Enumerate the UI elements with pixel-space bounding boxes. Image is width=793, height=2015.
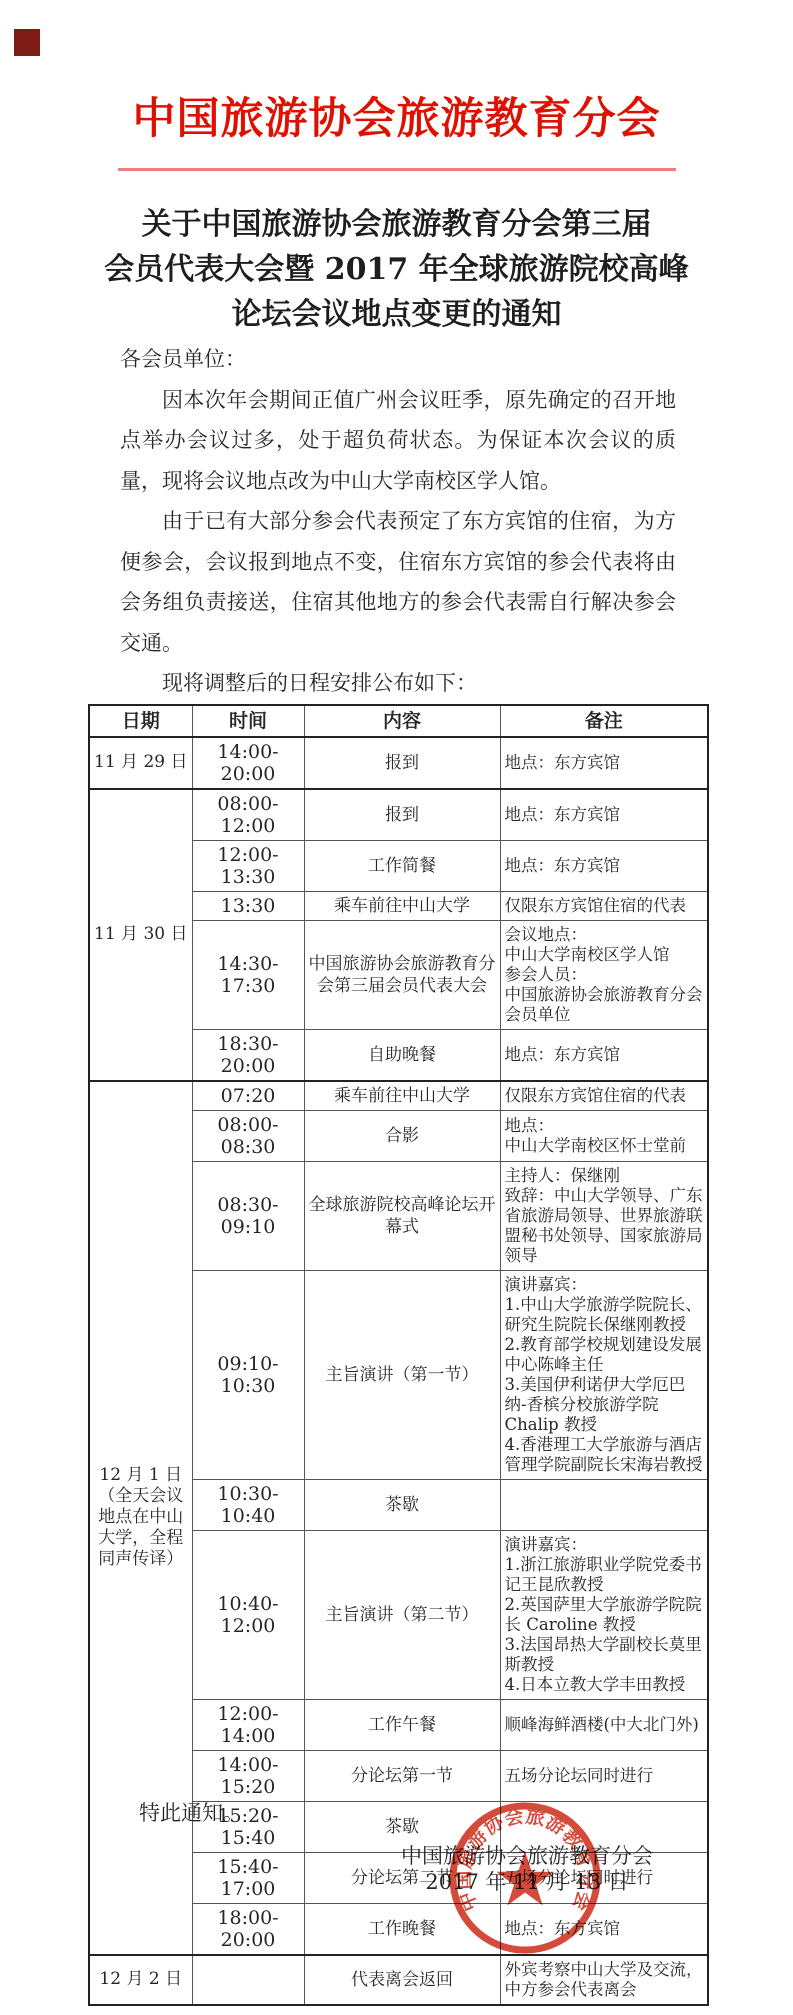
official-seal: 中国旅游协会旅游教育分会 [446, 1799, 604, 1957]
document-title: 关于中国旅游协会旅游教育分会第三届 会员代表大会暨 2017 年全球旅游院校高峰… [0, 202, 793, 337]
content-cell: 报到 [304, 789, 500, 841]
date-cell: 11 月 29 日 [89, 737, 192, 789]
time-cell: 10:40-12:00 [192, 1530, 304, 1699]
corner-mark [14, 29, 40, 56]
remark-cell: 外宾考察中山大学及交流，中方参会代表离会 [500, 1955, 708, 2005]
column-header: 时间 [192, 705, 304, 737]
schedule-header-row: 日期时间内容备注 [89, 705, 708, 737]
time-cell: 14:00-15:20 [192, 1750, 304, 1801]
table-row: 11 月 30 日08:00-12:00报到地点：东方宾馆 [89, 789, 708, 841]
content-cell: 自助晚餐 [304, 1029, 500, 1081]
title-divider [118, 168, 676, 171]
remark-cell [500, 1479, 708, 1530]
content-cell: 乘车前往中山大学 [304, 1081, 500, 1111]
content-cell: 代表离会返回 [304, 1955, 500, 2005]
table-row: 11 月 29 日14:00-20:00报到地点：东方宾馆 [89, 737, 708, 789]
remark-cell: 会议地点： 中山大学南校区学人馆 参会人员： 中国旅游协会旅游教育分会会员单位 [500, 920, 708, 1029]
remark-cell: 地点：东方宾馆 [500, 840, 708, 891]
remark-cell: 顺峰海鲜酒楼(中大北门外) [500, 1699, 708, 1750]
closing-line: 特此通知。 [139, 1799, 244, 1827]
content-cell: 中国旅游协会旅游教育分会第三届会员代表大会 [304, 920, 500, 1029]
notice-body: 各会员单位： 因本次年会期间正值广州会议旺季，原先确定的召开地点举办会议过多，处… [120, 339, 676, 704]
time-cell: 08:00-12:00 [192, 789, 304, 841]
content-cell: 报到 [304, 737, 500, 789]
paragraph-3: 现将调整后的日程安排公布如下： [120, 663, 676, 704]
content-cell: 茶歇 [304, 1479, 500, 1530]
time-cell [192, 1955, 304, 2005]
remark-cell: 地点：东方宾馆 [500, 789, 708, 841]
content-cell: 主旨演讲（第一节） [304, 1270, 500, 1479]
remark-cell: 演讲嘉宾： 1.浙江旅游职业学院党委书记王昆欣教授 2.英国萨里大学旅游学院院长… [500, 1530, 708, 1699]
time-cell: 12:00-14:00 [192, 1699, 304, 1750]
time-cell: 12:00-13:30 [192, 840, 304, 891]
content-cell: 工作午餐 [304, 1699, 500, 1750]
time-cell: 07:20 [192, 1081, 304, 1111]
remark-cell: 仅限东方宾馆住宿的代表 [500, 1081, 708, 1111]
remark-cell: 地点：东方宾馆 [500, 737, 708, 789]
time-cell: 14:00-20:00 [192, 737, 304, 789]
document-title-line-3: 论坛会议地点变更的通知 [0, 292, 793, 337]
paragraph-2: 由于已有大部分参会代表预定了东方宾馆的住宿，为方便参会，会议报到地点不变，住宿东… [120, 501, 676, 663]
column-header: 内容 [304, 705, 500, 737]
date-cell: 12 月 2 日 [89, 1955, 192, 2005]
time-cell: 08:30-09:10 [192, 1161, 304, 1270]
content-cell: 合影 [304, 1110, 500, 1161]
star-icon [497, 1851, 554, 1906]
time-cell: 13:30 [192, 891, 304, 920]
time-cell: 08:00-08:30 [192, 1110, 304, 1161]
time-cell: 09:10-10:30 [192, 1270, 304, 1479]
content-cell: 工作简餐 [304, 840, 500, 891]
notice-document: 中国旅游协会旅游教育分会 关于中国旅游协会旅游教育分会第三届 会员代表大会暨 2… [0, 0, 793, 2015]
column-header: 备注 [500, 705, 708, 737]
remark-cell: 地点： 中山大学南校区怀士堂前 [500, 1110, 708, 1161]
time-cell: 18:00-20:00 [192, 1903, 304, 1955]
remark-cell: 仅限东方宾馆住宿的代表 [500, 891, 708, 920]
table-row: 12 月 2 日代表离会返回外宾考察中山大学及交流，中方参会代表离会 [89, 1955, 708, 2005]
paragraph-1: 因本次年会期间正值广州会议旺季，原先确定的召开地点举办会议过多，处于超负荷状态。… [120, 380, 676, 502]
content-cell: 主旨演讲（第二节） [304, 1530, 500, 1699]
document-title-line-2: 会员代表大会暨 2017 年全球旅游院校高峰 [0, 247, 793, 292]
time-cell: 18:30-20:00 [192, 1029, 304, 1081]
document-title-line-1: 关于中国旅游协会旅游教育分会第三届 [0, 202, 793, 247]
column-header: 日期 [89, 705, 192, 737]
remark-cell: 主持人：保继刚 致辞：中山大学领导、广东省旅游局领导、世界旅游联盟秘书处领导、国… [500, 1161, 708, 1270]
salutation: 各会员单位： [120, 339, 676, 380]
remark-cell: 演讲嘉宾： 1.中山大学旅游学院院长、研究生院院长保继刚教授 2.教育部学校规划… [500, 1270, 708, 1479]
date-cell: 11 月 30 日 [89, 789, 192, 1081]
time-cell: 14:30-17:30 [192, 920, 304, 1029]
table-row: 12 月 1 日 （全天会议地点在中山大学，全程同声传译）07:20乘车前往中山… [89, 1081, 708, 1111]
content-cell: 乘车前往中山大学 [304, 891, 500, 920]
content-cell: 全球旅游院校高峰论坛开幕式 [304, 1161, 500, 1270]
content-cell: 分论坛第一节 [304, 1750, 500, 1801]
remark-cell: 地点：东方宾馆 [500, 1029, 708, 1081]
remark-cell: 五场分论坛同时进行 [500, 1750, 708, 1801]
organization-title: 中国旅游协会旅游教育分会 [0, 0, 793, 143]
time-cell: 10:30-10:40 [192, 1479, 304, 1530]
